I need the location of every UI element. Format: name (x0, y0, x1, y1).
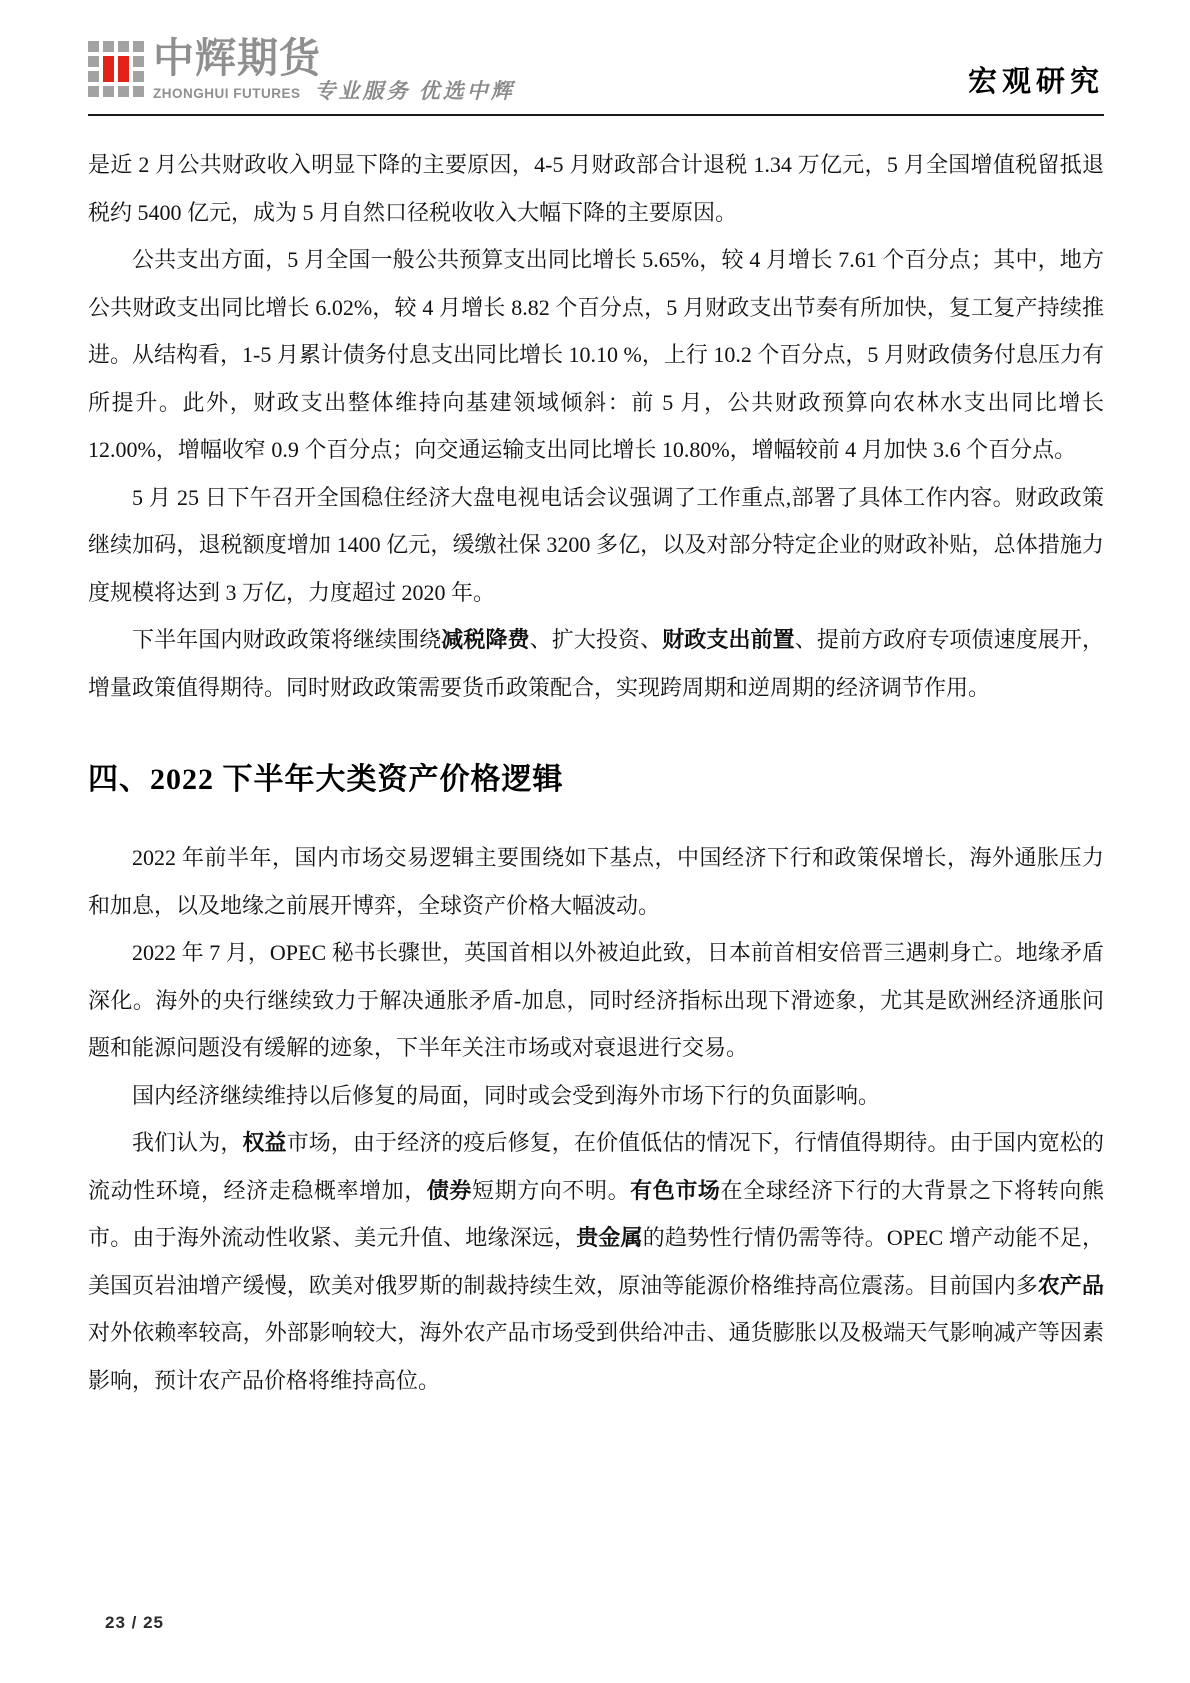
text-run: 下半年国内财政政策将继续围绕 (132, 627, 441, 652)
text-run: 我们认为， (132, 1130, 242, 1155)
section-heading: 四、2022 下半年大类资产价格逻辑 (88, 754, 1104, 798)
emphasized-text: 财政支出前置 (662, 627, 795, 652)
page-number: 23 / 25 (105, 1613, 164, 1633)
company-brand: 中辉期货 ZHONGHUI FUTURES 专业服务 优选中辉 (88, 38, 515, 102)
page-header: 中辉期货 ZHONGHUI FUTURES 专业服务 优选中辉 宏观研究 (88, 38, 1104, 116)
emphasized-text: 贵金属 (576, 1225, 643, 1250)
text-run: 公共支出方面，5 月全国一般公共预算支出同比增长 5.65%，较 4 月增长 7… (88, 247, 1104, 462)
document-body: 是近 2 月公共财政收入明显下降的主要原因，4-5 月财政部合计退税 1.34 … (88, 141, 1104, 1404)
paragraph: 我们认为，权益市场，由于经济的疫后修复，在价值低估的情况下，行情值得期待。由于国… (88, 1119, 1104, 1404)
text-run: 短期方向不明。 (472, 1178, 630, 1203)
paragraph: 是近 2 月公共财政收入明显下降的主要原因，4-5 月财政部合计退税 1.34 … (88, 141, 1104, 236)
company-logo-icon (88, 41, 144, 97)
text-run: 、扩大投资、 (530, 627, 663, 652)
paragraph: 公共支出方面，5 月全国一般公共预算支出同比增长 5.65%，较 4 月增长 7… (88, 236, 1104, 474)
emphasized-text: 农产品 (1038, 1273, 1104, 1298)
text-run: 5 月 25 日下午召开全国稳住经济大盘电视电话会议强调了工作重点,部署了具体工… (88, 485, 1104, 605)
paragraph: 下半年国内财政政策将继续围绕减税降费、扩大投资、财政支出前置、提前方政府专项债速… (88, 616, 1104, 711)
brand-name-en: ZHONGHUI FUTURES (153, 87, 301, 101)
emphasized-text: 权益 (242, 1130, 286, 1155)
report-category-title: 宏观研究 (968, 59, 1104, 102)
text-run: 2022 年 7 月，OPEC 秘书长骤世，英国首相以外被迫此致，日本前首相安倍… (88, 940, 1104, 1060)
emphasized-text: 债券 (427, 1178, 472, 1203)
brand-slogan: 专业服务 优选中辉 (315, 81, 515, 102)
logo-red-bar (118, 56, 129, 82)
emphasized-text: 有色市场 (630, 1178, 720, 1203)
paragraph: 2022 年 7 月，OPEC 秘书长骤世，英国首相以外被迫此致，日本前首相安倍… (88, 929, 1104, 1072)
text-run: 对外依赖率较高，外部影响较大，海外农产品市场受到供给冲击、通货膨胀以及极端天气影… (88, 1320, 1104, 1393)
emphasized-text: 减税降费 (441, 627, 529, 652)
report-page: 中辉期货 ZHONGHUI FUTURES 专业服务 优选中辉 宏观研究 是近 … (0, 0, 1190, 1683)
paragraph: 2022 年前半年，国内市场交易逻辑主要围绕如下基点，中国经济下行和政策保增长，… (88, 834, 1104, 929)
brand-name-cn: 中辉期货 (153, 38, 515, 79)
logo-red-bar (103, 56, 114, 82)
text-run: 国内经济继续维持以后修复的局面，同时或会受到海外市场下行的负面影响。 (132, 1083, 880, 1108)
text-run: 是近 2 月公共财政收入明显下降的主要原因，4-5 月财政部合计退税 1.34 … (88, 152, 1104, 225)
paragraph: 5 月 25 日下午召开全国稳住经济大盘电视电话会议强调了工作重点,部署了具体工… (88, 474, 1104, 617)
paragraph: 国内经济继续维持以后修复的局面，同时或会受到海外市场下行的负面影响。 (88, 1072, 1104, 1120)
text-run: 2022 年前半年，国内市场交易逻辑主要围绕如下基点，中国经济下行和政策保增长，… (88, 845, 1104, 918)
